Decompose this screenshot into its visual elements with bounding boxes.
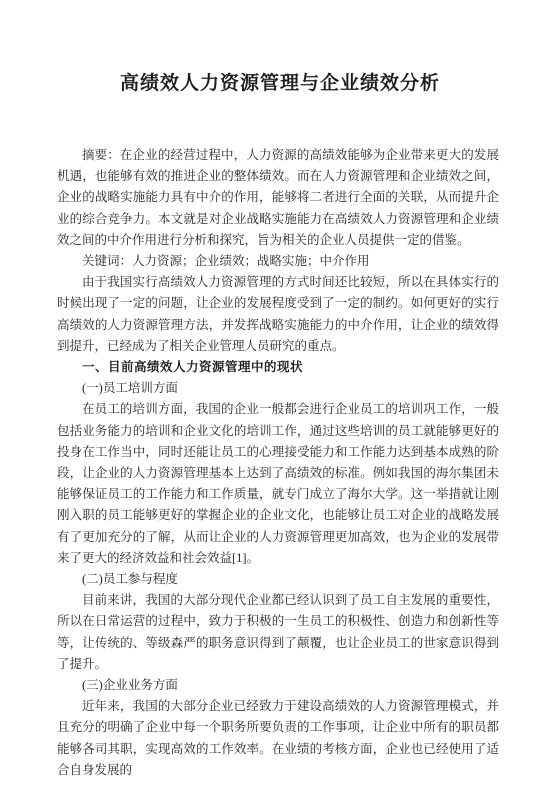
enterprise-business-paragraph: 近年来，我国的大部分企业已经致力于建设高绩效的人力资源管理模式，并且充分的明确了… [57,696,499,781]
keywords-line: 关键词：人力资源；企业绩效；战略实施；中介作用 [57,251,499,272]
subsection-heading-employee-training: (一)员工培训方面 [57,378,499,399]
document-page: 高绩效人力资源管理与企业绩效分析 摘要：在企业的经营过程中，人力资源的高绩效能够… [0,0,560,792]
document-title: 高绩效人力资源管理与企业绩效分析 [0,70,560,98]
employee-training-paragraph: 在员工的培训方面，我国的企业一般都会进行企业员工的培训巩工作，一般包括业务能力的… [57,399,499,569]
subsection-heading-employee-participation: (二)员工参与程度 [57,569,499,590]
section-heading-current-status: 一、目前高绩效人力资源管理中的现状 [57,357,499,378]
subsection-heading-enterprise-business: (三)企业业务方面 [57,675,499,696]
document-body: 摘要：在企业的经营过程中，人力资源的高绩效能够为企业带来更大的发展机遇，也能够有… [0,145,560,781]
intro-paragraph: 由于我国实行高绩效人力资源管理的方式时间还比较短，所以在具体实行的时候出现了一定… [57,272,499,357]
abstract-paragraph: 摘要：在企业的经营过程中，人力资源的高绩效能够为企业带来更大的发展机遇，也能够有… [57,145,499,251]
employee-participation-paragraph: 目前来讲，我国的大部分现代企业都已经认识到了员工自主发展的重要性，所以在日常运营… [57,590,499,675]
